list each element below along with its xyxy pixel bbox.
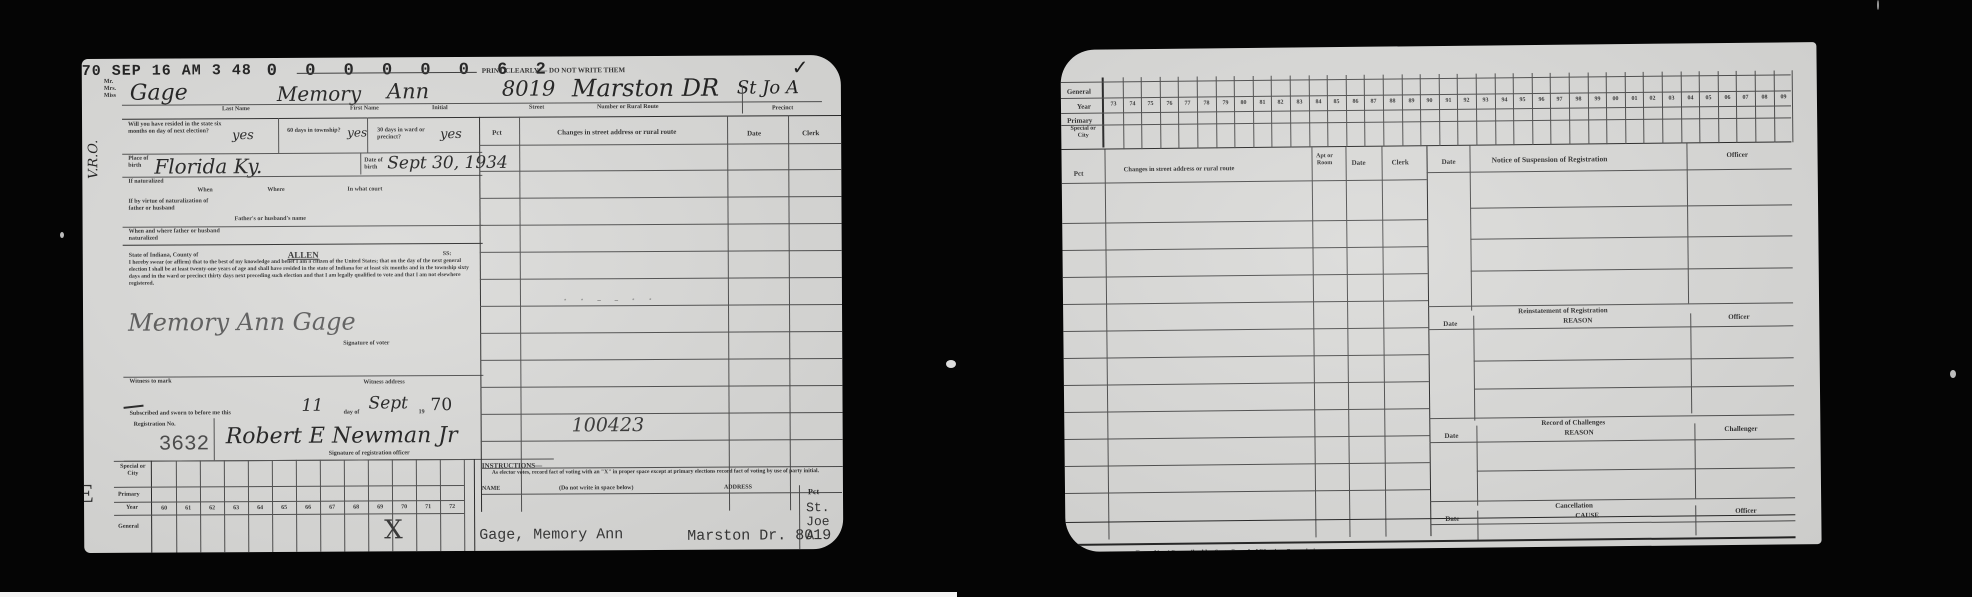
subscribed-day: 11 <box>301 396 323 416</box>
year-prefix: 19 <box>419 409 425 415</box>
grid-year-label: 75 <box>1141 101 1160 107</box>
grid-year-label: 90 <box>1420 98 1439 104</box>
grid-year-label: 91 <box>1439 98 1458 104</box>
row-line <box>1474 357 1794 361</box>
grid-year-label: 81 <box>1253 100 1272 106</box>
grid-column-line <box>1718 71 1720 143</box>
row-line <box>479 169 841 172</box>
naturalized-label: If naturalized <box>128 178 178 185</box>
row-line <box>479 196 841 199</box>
divider <box>1066 536 1796 546</box>
general-vote-mark: X <box>384 515 403 545</box>
row-line <box>1429 414 1794 419</box>
row-line <box>1064 381 1429 386</box>
row-line <box>1064 408 1429 413</box>
grid-year-label: 00 <box>1606 96 1625 102</box>
oath-text: I hereby swear (or affirm) that to the b… <box>129 258 479 288</box>
registration-number: 3632 <box>159 433 210 456</box>
divider <box>114 459 474 462</box>
date-stamp: 70 SEP 16 AM 3 48 <box>82 62 252 80</box>
divider <box>367 117 368 152</box>
grid-year-label: 86 <box>1346 99 1365 105</box>
when-label: When <box>197 187 212 193</box>
street-number-value: 8019 <box>502 77 556 101</box>
row-line <box>480 223 842 226</box>
divider <box>1345 147 1350 537</box>
row-line <box>1062 219 1427 224</box>
typed-pct: St.JoeA <box>806 501 830 543</box>
changes-header: Changes in street address or rural route <box>1124 165 1235 173</box>
grid-year-label: 99 <box>1588 96 1607 102</box>
divider <box>278 118 279 153</box>
grid-column-line <box>1457 74 1459 146</box>
row-line <box>479 143 841 146</box>
last-name-label: Last Name <box>222 106 250 112</box>
court-label: In what court <box>347 186 382 192</box>
date-header: Date <box>1352 159 1366 167</box>
do-not-write-label: (Do not write in space below) <box>559 485 634 491</box>
row-line <box>1477 467 1795 471</box>
street-label: Street <box>529 105 544 111</box>
grid-year-label: 09 <box>1774 94 1793 100</box>
cancellation-cause-header: CAUSE <box>1575 511 1599 519</box>
row-line <box>1064 435 1429 440</box>
grid-year-label: 03 <box>1662 95 1681 101</box>
back-year-grid: 7374757677787980818283848586878889909192… <box>1060 42 1816 50</box>
address-label: ADDRESS <box>724 484 752 490</box>
street-value: Marston DR <box>572 74 719 103</box>
grid-year-label: 78 <box>1197 100 1216 106</box>
divider <box>1381 147 1386 537</box>
divider <box>1477 511 1478 541</box>
row-line <box>480 277 842 280</box>
divider <box>1686 143 1689 303</box>
row-line <box>114 485 464 488</box>
row-line <box>480 358 842 361</box>
row-line <box>480 250 842 253</box>
grid-year-label: 94 <box>1495 97 1514 103</box>
ss-label: SS: <box>443 251 452 257</box>
front-year-grid: 60616263646566676869707172 <box>82 55 841 59</box>
row-line <box>481 439 843 442</box>
cancellation-date-header: Date <box>1445 515 1459 523</box>
grid-year-label: 88 <box>1383 98 1402 104</box>
grid-column-line <box>1402 74 1404 146</box>
divider <box>474 459 475 551</box>
reinstatement-date-header: Date <box>1443 320 1457 328</box>
scan-speck <box>60 232 64 238</box>
grid-column-line <box>1290 76 1292 148</box>
divider <box>123 243 483 246</box>
row-line <box>1063 327 1428 332</box>
grid-column-line <box>1681 71 1683 143</box>
scan-speck <box>1950 370 1956 378</box>
row-line <box>1428 302 1793 307</box>
grid-row-primary-label: Primary <box>118 492 140 498</box>
divider <box>1476 426 1478 506</box>
grid-year-label: 97 <box>1550 97 1569 103</box>
reinstatement-reason-header: REASON <box>1563 316 1592 324</box>
grid-year-label: 05 <box>1699 95 1718 101</box>
row-line <box>1064 354 1429 359</box>
date-header: Date <box>747 129 761 137</box>
place-of-birth-value: Florida Ky. <box>154 154 262 179</box>
where-label: Where <box>267 187 284 193</box>
resided-ward-label: 30 days in ward or precinct? <box>377 127 437 141</box>
grid-year-label: 70 <box>392 504 416 510</box>
scan-speck <box>1877 0 1879 10</box>
grid-year-label: 84 <box>1309 99 1328 105</box>
grid-year-label: 95 <box>1513 97 1532 103</box>
row-line <box>1470 235 1792 239</box>
grid-year-label: 98 <box>1569 96 1588 102</box>
grid-year-label: 60 <box>152 506 176 512</box>
row-line <box>480 331 842 334</box>
divider <box>214 418 215 460</box>
reinstatement-title: Reinstatement of Registration <box>1518 306 1608 315</box>
row-line <box>114 513 464 516</box>
typed-name: Gage, Memory Ann <box>479 526 623 544</box>
row-line <box>1427 168 1792 173</box>
challenges-title: Record of Challenges <box>1541 418 1605 427</box>
name-label: NAME <box>482 486 500 492</box>
precinct-divider <box>742 86 743 114</box>
grid-column-line <box>1699 71 1701 143</box>
first-name-label: First Name <box>350 105 379 111</box>
grid-year-label: 67 <box>320 505 344 511</box>
grid-row-primary-label: Primary <box>1067 117 1092 125</box>
challenges-reason-header: REASON <box>1564 428 1593 436</box>
scan-speck <box>946 360 956 368</box>
reinstatement-officer-header: Officer <box>1728 313 1749 321</box>
grid-row-general-label: General <box>1067 88 1091 96</box>
initial-value: Ann <box>387 79 429 103</box>
cancellation-officer-header: Officer <box>1735 507 1756 515</box>
grid-column-line <box>1569 73 1571 145</box>
grid-row-special-label: Special or City <box>118 464 148 478</box>
grid-year-label: 64 <box>248 505 272 511</box>
checkmark: ✓ <box>792 55 809 79</box>
grid-year-label: 65 <box>272 505 296 511</box>
suspension-title: Notice of Suspension of Registration <box>1492 154 1608 164</box>
grid-year-label: 96 <box>1532 97 1551 103</box>
pct-short-label: Pct <box>808 487 819 496</box>
last-name-value: Gage <box>130 80 188 105</box>
divider <box>519 117 522 512</box>
scan-bottom-strip <box>0 592 957 597</box>
grid-year-label: 61 <box>176 505 200 511</box>
suspension-date-header: Date <box>1442 158 1456 166</box>
divider <box>1694 423 1696 498</box>
grid-year-label: 69 <box>368 504 392 510</box>
officer-signature: Robert E Newman Jr <box>226 423 458 449</box>
row-line <box>1065 462 1430 467</box>
divider <box>479 117 482 512</box>
number-route-label: Number or Rural Route <box>597 104 659 110</box>
grid-column-line <box>1439 74 1441 146</box>
letter-mark: E <box>82 479 94 509</box>
divider <box>1690 313 1692 413</box>
grid-column-line <box>1141 77 1143 149</box>
grid-year-label: 74 <box>1123 101 1142 107</box>
witness-address-label: Witness address <box>363 379 404 385</box>
grid-row-special-label: Special or City <box>1067 126 1099 140</box>
resided-ward-value: yes <box>440 127 462 142</box>
grid-column-line <box>1160 77 1162 149</box>
vro-mark: V.R.O. <box>86 140 101 179</box>
registration-no-label: Registration No. <box>134 422 176 428</box>
divider <box>788 115 791 510</box>
row-line <box>1430 497 1795 502</box>
divider <box>123 225 483 228</box>
form-footer: Form No. 4 Prescribed by State Board of … <box>1136 547 1332 552</box>
pencil-number: 100423 <box>572 414 645 436</box>
pct-header: Pct <box>1074 170 1084 178</box>
grid-column-line <box>1178 77 1180 149</box>
father-husband-name-label: Father's or husband's name <box>235 216 306 222</box>
grid-year-label: 04 <box>1681 95 1700 101</box>
resided-state-value: yes <box>232 128 254 143</box>
grid-year-label: 07 <box>1736 95 1755 101</box>
divider <box>727 116 730 511</box>
signature-officer-label: Signature of registration officer <box>329 450 410 456</box>
grid-row-year-label: Year <box>1077 103 1091 111</box>
grid-year-label: 93 <box>1476 97 1495 103</box>
grid-column-line <box>1123 77 1125 149</box>
clerk-header: Clerk <box>802 129 819 137</box>
signature-voter-label: Signature of voter <box>343 340 389 346</box>
father-husband-label: If by virtue of naturalization of father… <box>128 198 208 212</box>
row-line <box>480 304 842 307</box>
registration-card-back: General Year Primary Special or City 737… <box>1060 42 1821 552</box>
row-line <box>481 412 843 415</box>
row-line <box>1428 325 1793 330</box>
row-line <box>1062 179 1427 184</box>
subscribed-month: Sept <box>368 393 408 413</box>
grid-year-label: 83 <box>1290 99 1309 105</box>
grid-column-line <box>1606 72 1608 144</box>
registration-card-front: 70 SEP 16 AM 3 48 0 0 0 0 0 0 6 2 PRINT … <box>82 55 844 553</box>
divider <box>122 115 842 120</box>
scribble <box>123 405 143 409</box>
divider <box>1469 146 1472 311</box>
changes-header: Changes in street address or rural route <box>557 128 676 137</box>
row-line <box>1474 385 1794 389</box>
grid-year-label: 82 <box>1271 100 1290 106</box>
day-of-label: day of <box>344 410 360 416</box>
grid-year-label: 89 <box>1402 98 1421 104</box>
subscribed-year: 70 <box>430 395 452 415</box>
challenges-challenger-header: Challenger <box>1724 425 1757 433</box>
challenges-date-header: Date <box>1444 432 1458 440</box>
title-prefix: Mr.Mrs.Miss <box>104 79 124 100</box>
grid-year-label: 77 <box>1178 101 1197 107</box>
resided-township-value: yes <box>347 125 367 139</box>
divider <box>1473 316 1475 421</box>
clerk-header: Clerk <box>1392 158 1409 166</box>
grid-column-line <box>1736 71 1738 143</box>
state-county-label: State of Indiana, County of <box>129 252 199 258</box>
grid-year-label: 76 <box>1160 101 1179 107</box>
divider <box>1695 505 1696 535</box>
grid-year-label: 80 <box>1234 100 1253 106</box>
row-line <box>1062 246 1427 251</box>
grid-column-line <box>1420 74 1422 146</box>
grid-year-label: 87 <box>1364 99 1383 105</box>
grid-year-label: 66 <box>296 505 320 511</box>
precinct-label: Precinct <box>772 105 793 111</box>
row-line <box>114 500 464 503</box>
initial-label: Initial <box>432 105 448 111</box>
grid-year-label: 72 <box>440 504 464 510</box>
divider <box>123 375 483 378</box>
row-line <box>480 385 842 388</box>
subscribed-label: Subscribed and sworn to before me this <box>130 410 231 417</box>
grid-year-label: 62 <box>200 505 224 511</box>
grid-year-label: 73 <box>1104 101 1123 107</box>
witness-mark-label: Witness to mark <box>129 379 171 385</box>
divider <box>1426 146 1431 536</box>
divider <box>1311 147 1316 537</box>
divider <box>360 153 361 175</box>
grid-column-line <box>1327 75 1329 147</box>
apt-room-header: Apt or Room <box>1309 153 1339 167</box>
name-underline <box>122 101 822 106</box>
grid-year-label: 01 <box>1625 96 1644 102</box>
suspension-officer-header: Officer <box>1726 151 1747 159</box>
divider <box>482 492 842 495</box>
grid-column-line <box>1792 70 1794 142</box>
grid-year-label: 71 <box>416 504 440 510</box>
precinct-value: St Jo A <box>737 77 799 98</box>
row-line <box>1065 489 1430 494</box>
grid-year-label: 85 <box>1327 99 1346 105</box>
faint-pencil-marks: · · - - · · <box>563 292 657 308</box>
divider <box>1104 150 1109 540</box>
row-line <box>1063 273 1428 278</box>
grid-year-label: 79 <box>1216 100 1235 106</box>
row-line <box>1430 520 1795 525</box>
grid-year-label: 02 <box>1643 96 1662 102</box>
when-where-naturalized-label: When and where father or husband natural… <box>129 228 229 243</box>
row-line <box>1063 300 1428 305</box>
grid-year-label: 92 <box>1457 98 1476 104</box>
cancellation-title: Cancellation <box>1555 501 1593 509</box>
row-line <box>1471 267 1793 271</box>
grid-year-label: 08 <box>1755 95 1774 101</box>
voter-signature: Memory Ann Gage <box>128 308 356 337</box>
grid-year-label: 63 <box>224 505 248 511</box>
first-name-value: Memory <box>277 82 361 106</box>
row-line <box>1430 438 1795 443</box>
pct-header: Pct <box>492 129 502 137</box>
row-line <box>1470 204 1792 208</box>
resided-township-label: 60 days in township? <box>287 128 347 135</box>
instructions-text: As elector votes, record fact of voting … <box>492 468 832 477</box>
grid-row-general-label: General <box>118 524 139 530</box>
grid-row-year-label: Year <box>126 505 138 511</box>
grid-year-label: 06 <box>1718 95 1737 101</box>
grid-year-label: 68 <box>344 504 368 510</box>
resided-state-label: Will you have resided in the state six m… <box>128 121 228 136</box>
